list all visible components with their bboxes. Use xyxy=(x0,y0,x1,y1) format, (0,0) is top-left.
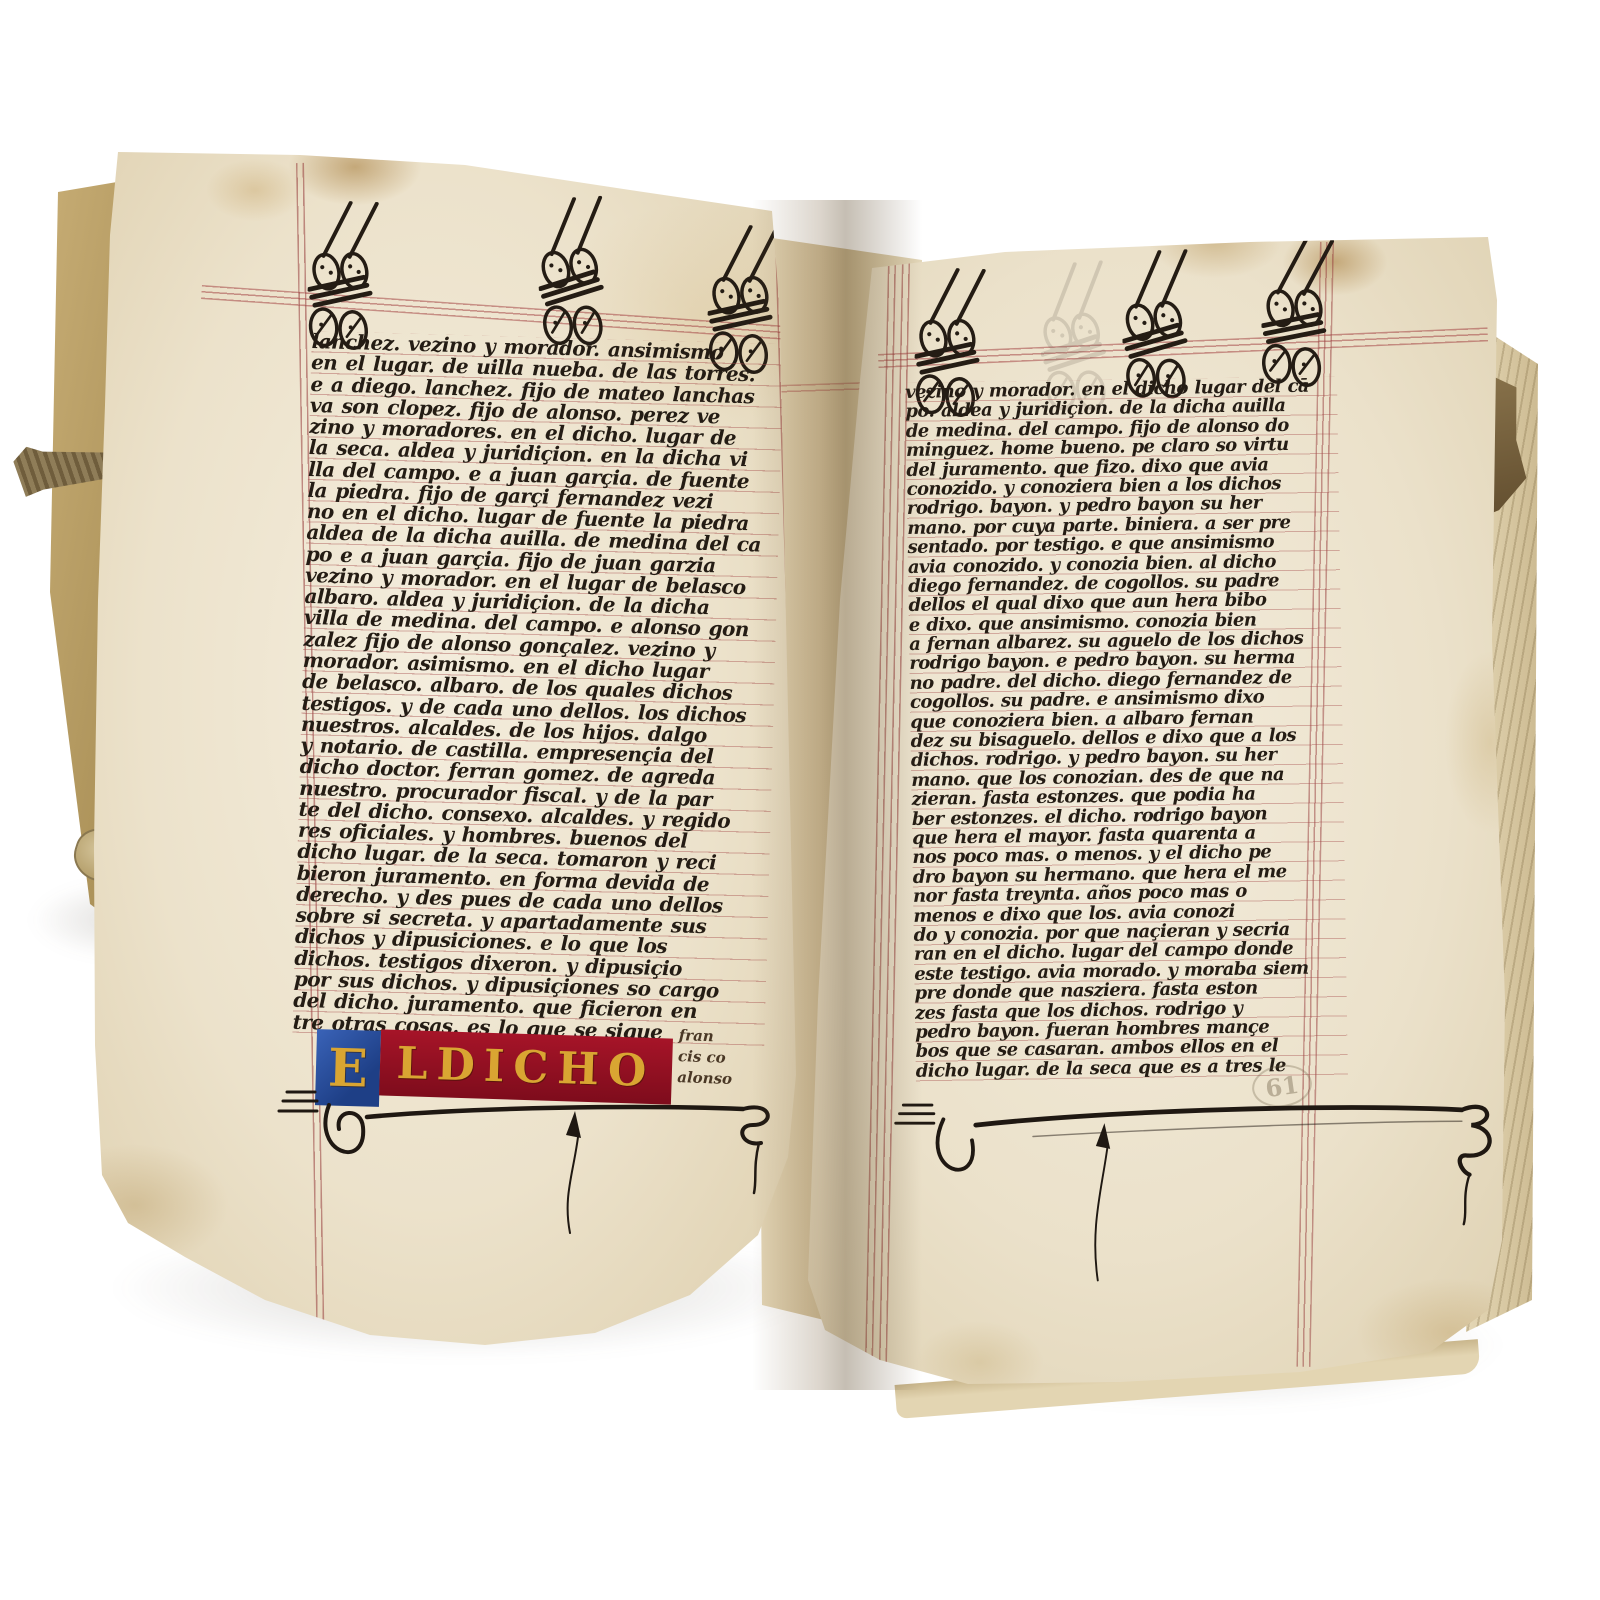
flourish-rule-icon xyxy=(890,1080,1500,1295)
left-page-text: lanchez. vezino y morador. ansimismoen e… xyxy=(292,331,783,1046)
manuscript-photo: lanchez. vezino y morador. ansimismoen e… xyxy=(0,0,1600,1600)
calligraphic-knot-icon xyxy=(534,195,622,354)
right-page: vezino y morador. en el dicho lugar del … xyxy=(790,222,1540,1400)
calligraphic-knot-icon xyxy=(1258,236,1346,395)
left-page: lanchez. vezino y morador. ansimismoen e… xyxy=(90,145,802,1355)
flourish-rule-icon xyxy=(275,1075,795,1245)
top-margin-ruling xyxy=(201,285,786,340)
right-page-text: vezino y morador. en el dicho lugar del … xyxy=(905,376,1348,1082)
